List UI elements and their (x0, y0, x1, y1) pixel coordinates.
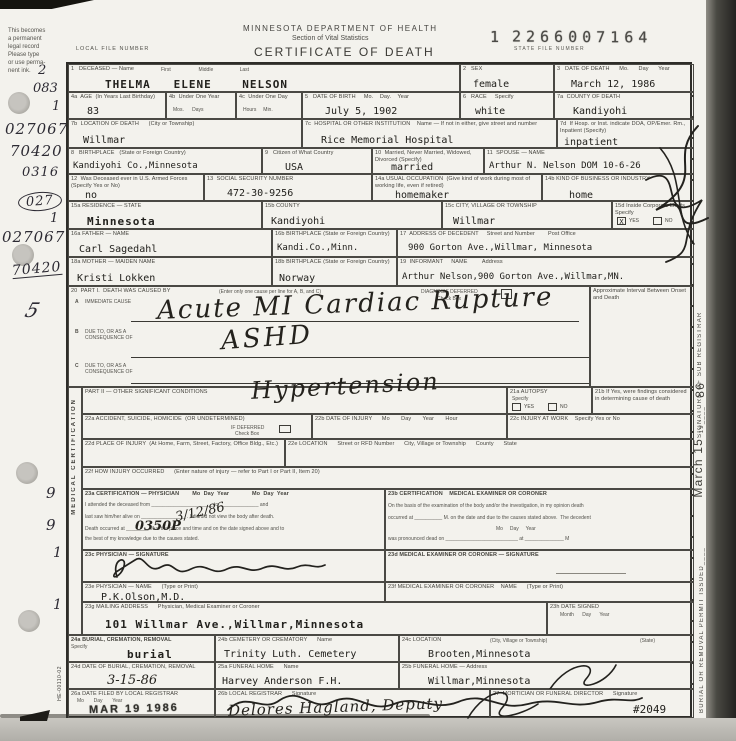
margin-number: 70420 (10, 144, 63, 159)
cause-b-line (131, 357, 589, 358)
cause-a-handwriting: Acute MI Cardiac Rupture (157, 284, 554, 324)
field-physician-signature: 23c PHYSICIAN — SIGNATURE (82, 550, 385, 582)
field-mother-birthplace: 18b BIRTHPLACE (State or Foreign Country… (272, 257, 397, 286)
permanent-record-notice: This becomes a permanent legal record Pl… (8, 27, 66, 76)
registrar-mortician-signature-scrawl (218, 682, 648, 722)
field-date-of-injury: 22b DATE OF INJURY Mo Day Year Hour (312, 414, 507, 439)
state-file-number: 2266007164 (512, 28, 652, 47)
margin-number: 1 (53, 546, 62, 560)
certificate-form: 1 DECEASED — Name First Middle Last THEL… (66, 62, 692, 718)
margin-number: 1 (50, 212, 58, 225)
field-father-name: 16a FATHER — NAME Carl Sagedahl (68, 229, 272, 257)
field-race: 6 RACE Specify white (460, 92, 554, 119)
field-mother-name: 18a MOTHER — MAIDEN NAME Kristi Lokken (68, 257, 272, 286)
field-citizen: 9 Citizen of What Country USA (262, 148, 372, 174)
field-residence-state: 15a RESIDENCE — STATE Minnesota (68, 201, 262, 229)
field-armed-forces: 12 Was Deceased ever in U.S. Armed Force… (68, 174, 204, 201)
field-place-of-injury: 22d PLACE OF INJURY (At Home, Farm, Stre… (82, 439, 285, 467)
scan-edge-right (706, 0, 736, 741)
field-cemetery: 24b CEMETERY OR CREMATORY Name Trinity L… (215, 635, 399, 662)
hole-punch (8, 92, 30, 114)
field-residence-city: 15c CITY, VILLAGE OR TOWNSHIP Willmar (442, 201, 612, 229)
faint-mark (556, 573, 626, 574)
permit-date-handwriting: March 15 (692, 438, 704, 498)
field-sex: 2 SEX female (460, 64, 554, 92)
medical-certification-strip: MEDICAL CERTIFICATION (68, 387, 82, 635)
cause-b-handwriting: ASHD (220, 322, 314, 354)
field-date-of-death: 3 DATE OF DEATH Mo. Day Year March 12, 1… (554, 64, 694, 92)
field-under-one-year: 4b Under One Year Mos. Days (166, 92, 236, 119)
field-burial-date: 24d DATE OF BURIAL, CREMATION, REMOVAL 3… (68, 662, 215, 689)
field-occupation: 14a USUAL OCCUPATION (Give kind of work … (372, 174, 542, 201)
burial-date-handwriting: 3-15-86 (107, 674, 157, 687)
hole-punch (16, 462, 38, 484)
field-hospital: 7c HOSPITAL OR OTHER INSTITUTION Name — … (302, 119, 557, 148)
field-physician-name: 23e PHYSICIAN — NAME (Type or Print) P.K… (82, 582, 385, 602)
field-date-of-birth: 5 DATE OF BIRTH Mo. Day. Year July 5, 19… (302, 92, 460, 119)
field-father-birthplace: 16b BIRTHPLACE (State or Foreign Country… (272, 229, 397, 257)
field-autopsy-findings: 21b If Yes, were findings considered in … (592, 387, 694, 414)
field-burial-cremation-removal: 24a BURIAL, CREMATION, REMOVAL Specify b… (68, 635, 215, 662)
form-code: HE-00110-02 (58, 666, 63, 701)
header-department: MINNESOTA DEPARTMENT OF HEALTH (243, 24, 438, 33)
permit-year-handwriting: 86 (694, 382, 706, 398)
field-date-signed: 23h DATE SIGNED Month Day Year (547, 602, 694, 635)
part2-other-conditions: PART II — OTHER SIGNIFICANT CONDITIONS H… (82, 387, 507, 414)
field-medical-examiner-name: 23f MEDICAL EXAMINER OR CORONER NAME (Ty… (385, 582, 694, 602)
field-county-of-death: 7a COUNTY OF DEATH Kandiyohi (554, 92, 694, 119)
margin-number: 2 (38, 64, 46, 77)
field-how-injury-occurred: 22f HOW INJURY OCCURRED (Enter nature of… (82, 467, 694, 489)
field-deceased-name: 1 DECEASED — Name First Middle Last THEL… (68, 64, 460, 92)
local-file-number-label: LOCAL FILE NUMBER (76, 46, 149, 52)
field-marital-status: 10 Married, Never Married, Widowed, Divo… (372, 148, 484, 174)
scan-edge-top-left (0, 0, 94, 9)
checkbox-deferred-icon (279, 425, 291, 433)
death-certificate-scan: This becomes a permanent legal record Pl… (0, 0, 736, 741)
margin-number: 9 (46, 486, 56, 501)
burial-permit-issued-label: BURIAL OR REMOVAL PERMIT ISSUED____ (699, 528, 705, 713)
field-age: 4a AGE (In Years Last Birthday) 83 (68, 92, 166, 119)
field-certification-medical-examiner: 23b CERTIFICATION MEDICAL EXAMINER OR CO… (385, 489, 694, 550)
field-under-one-day: 4c Under One Day Hours Min. (236, 92, 302, 119)
field-medical-examiner-signature: 23d MEDICAL EXAMINER OR CORONER — SIGNAT… (385, 550, 694, 582)
field-ssn: 13 SOCIAL SECURITY NUMBER 472-30-9256 (204, 174, 372, 201)
field-birthplace: 8 BIRTHPLACE (State or Foreign Country) … (68, 148, 262, 174)
field-injury-at-work: 22c INJURY AT WORK Specify Yes or No (507, 414, 694, 439)
physician-signature-scrawl (101, 551, 331, 583)
margin-number: 1 (52, 100, 60, 113)
date-filed-stamp: MAR 19 1986 (89, 703, 179, 716)
time-of-death-handwriting: 0350P (135, 520, 181, 533)
header-section: Section of Vital Statistics (292, 35, 369, 42)
field-residence-county: 15b COUNTY Kandiyohi (262, 201, 442, 229)
field-autopsy: 21a AUTOPSY Specify YES NO (507, 387, 592, 414)
state-file-number-label: STATE FILE NUMBER (514, 46, 585, 52)
medical-certification-label: MEDICAL CERTIFICATION (71, 398, 77, 515)
field-accident-suicide-homicide: 22a ACCIDENT, SUICIDE, HOMICIDE (OR UNDE… (82, 414, 312, 439)
margin-mark: 5 (23, 300, 42, 320)
state-file-number-prefix: 1 (490, 28, 504, 46)
margin-number: 1 (53, 598, 62, 612)
checkbox-autopsy-no-icon (548, 403, 557, 411)
margin-number: 0316 (22, 166, 59, 179)
field-injury-location: 22e LOCATION Street or RFD Number City, … (285, 439, 694, 467)
checkbox-yes-icon: X (617, 217, 626, 225)
sub-registrar-signature-scrawl (636, 118, 720, 268)
permit-year-printed: 19____ (699, 406, 705, 433)
margin-number: 027067 (2, 230, 65, 245)
margin-number: 9 (46, 518, 56, 533)
field-date-filed: 26a DATE FILED BY LOCAL REGISTRAR Mo Day… (68, 689, 215, 718)
field-certification-physician: 23a CERTIFICATION — PHYSICIAN Mo Day Yea… (82, 489, 385, 550)
checkbox-autopsy-yes-icon (512, 403, 521, 411)
field-location-of-death: 7b LOCATION OF DEATH (City or Township) … (68, 119, 302, 148)
part1-interval-column: Approximate Interval Between Onset and D… (590, 286, 694, 387)
margin-number: 083 (33, 82, 58, 95)
hole-punch (18, 610, 40, 632)
field-mailing-address: 23g MAILING ADDRESS Physician, Medical E… (82, 602, 547, 635)
margin-number-circled: 027 (17, 190, 62, 212)
document-title: CERTIFICATE OF DEATH (254, 45, 435, 59)
margin-number: 027067 (5, 122, 68, 137)
margin-number: 70420 (11, 260, 62, 279)
